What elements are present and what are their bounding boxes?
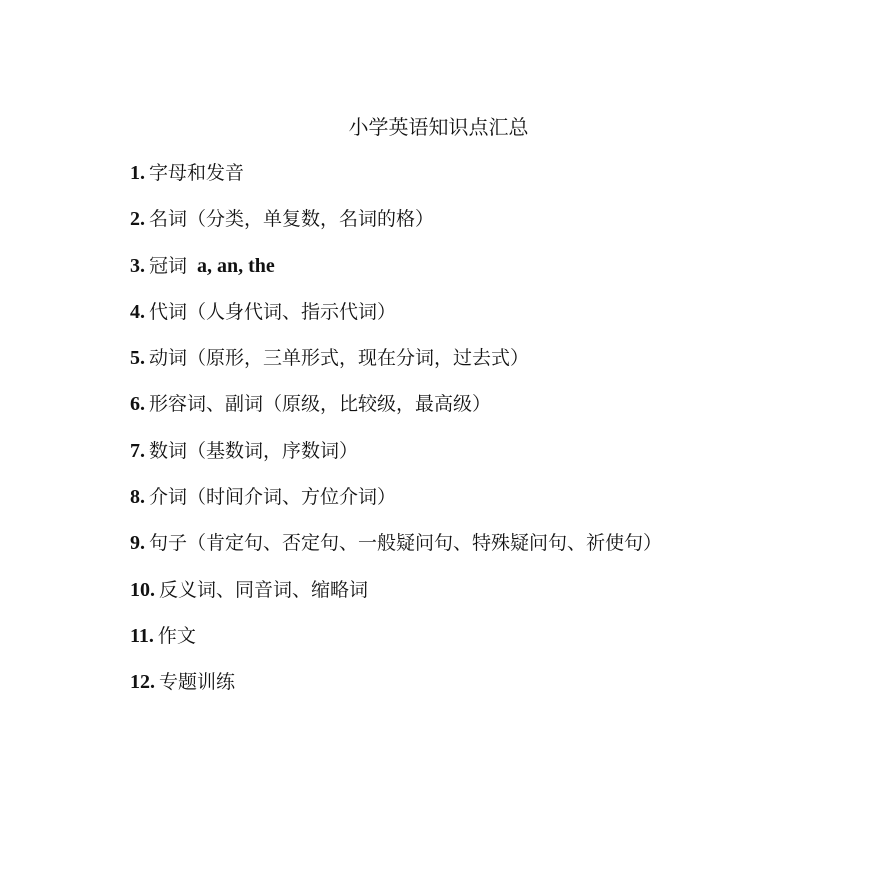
item-number: 11.	[130, 625, 154, 647]
item-text: 名词（分类，单复数，名词的格）	[149, 208, 434, 230]
list-item: 10.反义词、同音词、缩略词	[130, 575, 662, 621]
item-number: 8.	[130, 486, 145, 508]
item-number: 5.	[130, 347, 145, 369]
item-text: 专题训练	[159, 671, 235, 693]
item-number: 12.	[130, 671, 155, 693]
item-text: 介词（时间介词、方位介词）	[149, 486, 396, 508]
item-number: 10.	[130, 579, 155, 601]
item-number: 7.	[130, 440, 145, 462]
list-item: 1.字母和发音	[130, 158, 662, 204]
list-item: 5.动词（原形，三单形式，现在分词，过去式）	[130, 343, 662, 389]
item-text: 冠词	[149, 255, 187, 277]
document-title-text: 小学英语知识点汇总	[349, 115, 529, 139]
item-text: 代词（人身代词、指示代词）	[149, 301, 396, 323]
item-number: 1.	[130, 162, 145, 184]
list-item: 4.代词（人身代词、指示代词）	[130, 297, 662, 343]
document-title: 小学英语知识点汇总	[0, 113, 877, 141]
list-item: 3.冠词a, an, the	[130, 251, 662, 297]
item-number: 3.	[130, 255, 145, 277]
item-number: 6.	[130, 393, 145, 415]
item-number: 4.	[130, 301, 145, 323]
list-item: 6.形容词、副词（原级，比较级，最高级）	[130, 389, 662, 435]
list-item: 11.作文	[130, 621, 662, 667]
item-latin-text: a, an, the	[197, 255, 275, 277]
item-text: 字母和发音	[149, 162, 244, 184]
item-text: 句子（肯定句、否定句、一般疑问句、特殊疑问句、祈使句）	[149, 532, 662, 554]
list-item: 7.数词（基数词，序数词）	[130, 436, 662, 482]
list-item: 2.名词（分类，单复数，名词的格）	[130, 204, 662, 250]
list-item: 12.专题训练	[130, 667, 662, 713]
item-number: 9.	[130, 532, 145, 554]
topic-list: 1.字母和发音 2.名词（分类，单复数，名词的格） 3.冠词a, an, the…	[130, 158, 662, 714]
item-text: 形容词、副词（原级，比较级，最高级）	[149, 393, 491, 415]
item-text: 反义词、同音词、缩略词	[159, 579, 368, 601]
item-text: 作文	[158, 625, 196, 647]
item-text: 动词（原形，三单形式，现在分词，过去式）	[149, 347, 529, 369]
list-item: 8.介词（时间介词、方位介词）	[130, 482, 662, 528]
item-number: 2.	[130, 208, 145, 230]
list-item: 9.句子（肯定句、否定句、一般疑问句、特殊疑问句、祈使句）	[130, 528, 662, 574]
item-text: 数词（基数词，序数词）	[149, 440, 358, 462]
